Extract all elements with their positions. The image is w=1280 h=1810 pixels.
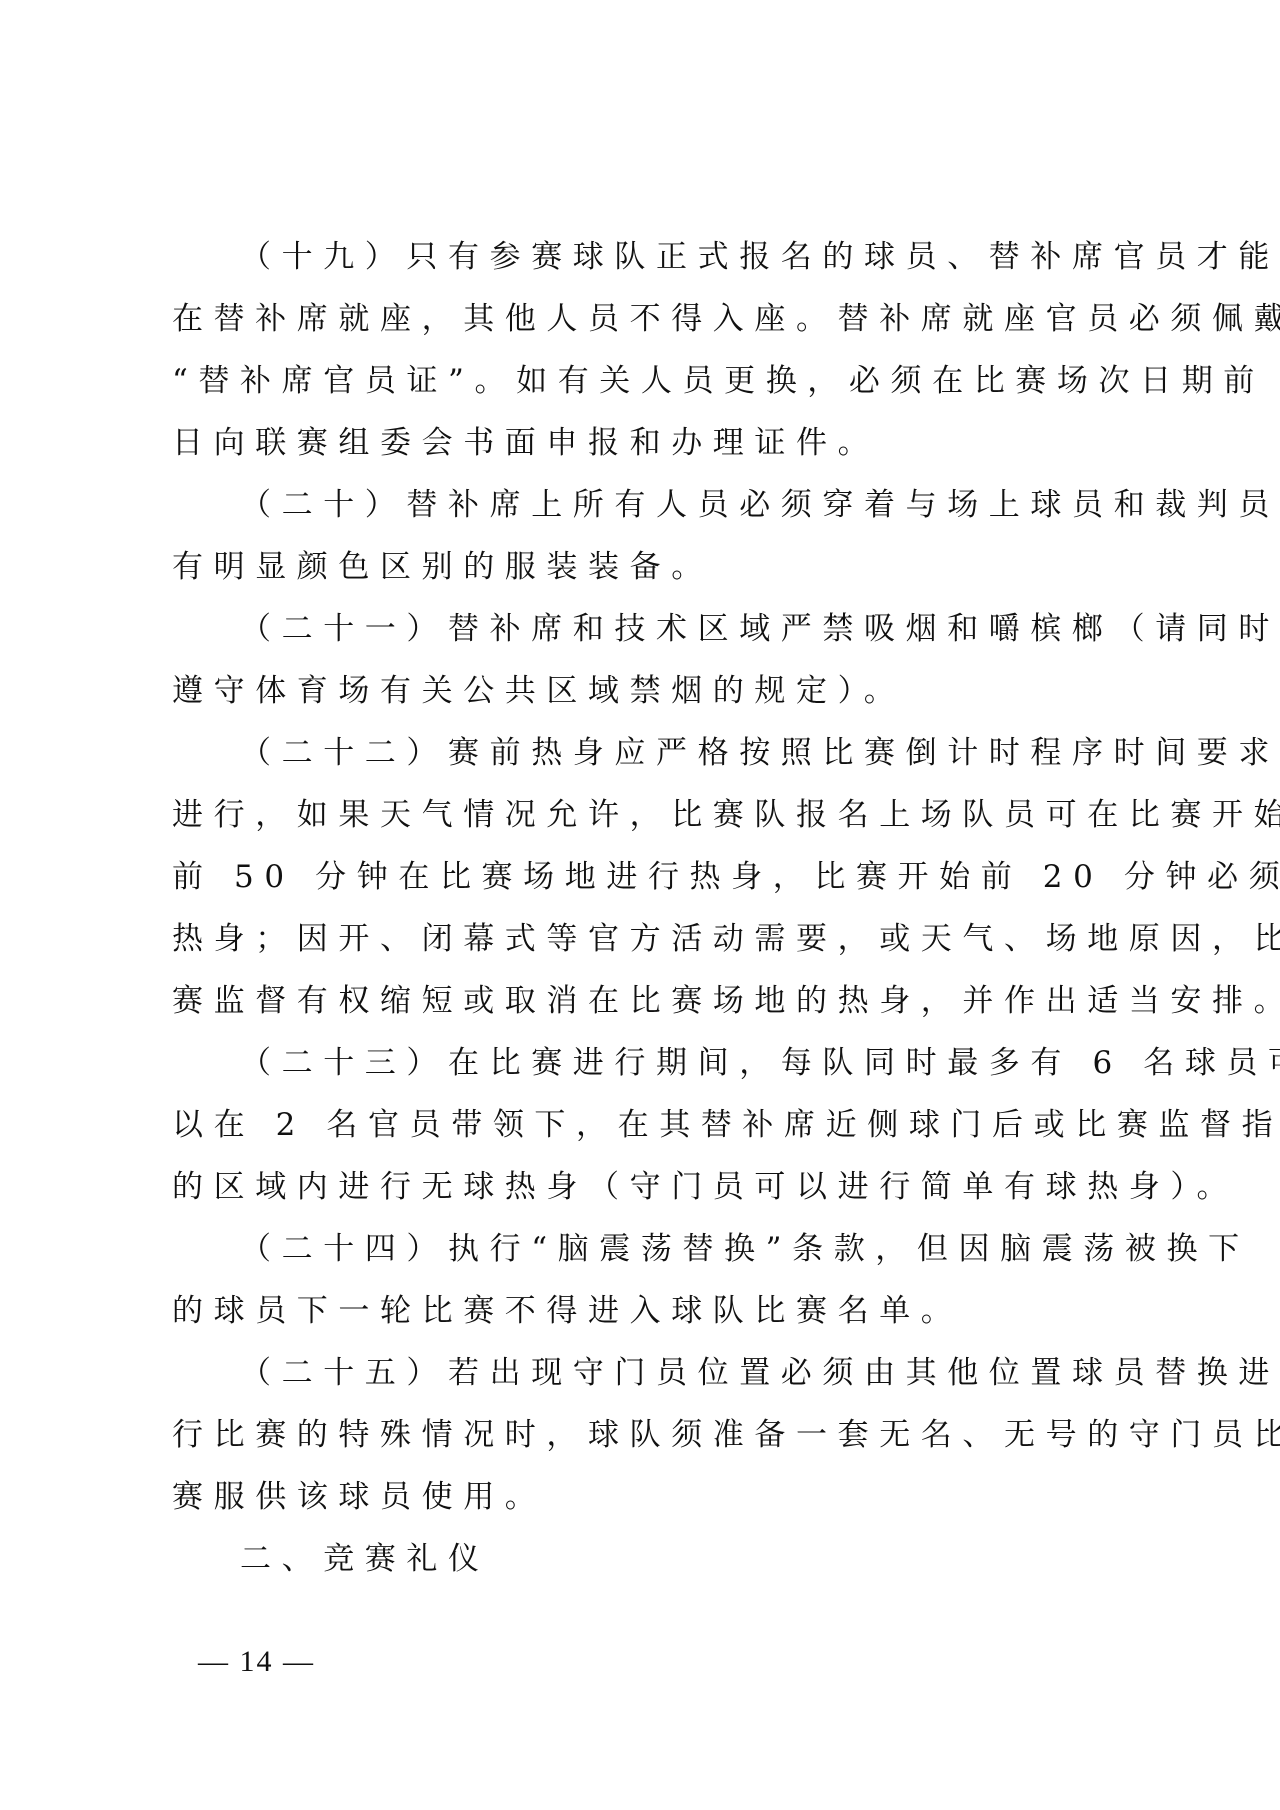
text-line: 日向联赛组委会书面申报和办理证件。 <box>172 412 1112 474</box>
text-line: 的球员下一轮比赛不得进入球队比赛名单。 <box>172 1280 1112 1342</box>
section-heading: 二、竞赛礼仪 <box>172 1528 1112 1590</box>
text-line: 热身；因开、闭幕式等官方活动需要，或天气、场地原因，比 <box>172 908 1112 970</box>
text-line: （二十五）若出现守门员位置必须由其他位置球员替换进 <box>172 1342 1112 1404</box>
text-line: （二十）替补席上所有人员必须穿着与场上球员和裁判员 <box>172 474 1112 536</box>
document-page: （十九）只有参赛球队正式报名的球员、替补席官员才能 在替补席就座，其他人员不得入… <box>172 226 1112 1590</box>
text-line: 在替补席就座，其他人员不得入座。替补席就座官员必须佩戴 <box>172 288 1112 350</box>
text-line: 赛监督有权缩短或取消在比赛场地的热身，并作出适当安排。 <box>172 970 1112 1032</box>
text-line: （二十三）在比赛进行期间，每队同时最多有 6 名球员可 <box>172 1032 1112 1094</box>
text-line: 进行，如果天气情况允许，比赛队报名上场队员可在比赛开始 <box>172 784 1112 846</box>
paragraph-item-20: （二十）替补席上所有人员必须穿着与场上球员和裁判员 有明显颜色区别的服装装备。 <box>172 474 1112 598</box>
text-line: 遵守体育场有关公共区域禁烟的规定）。 <box>172 660 1112 722</box>
text-line: （十九）只有参赛球队正式报名的球员、替补席官员才能 <box>172 226 1112 288</box>
paragraph-item-23: （二十三）在比赛进行期间，每队同时最多有 6 名球员可 以在 2 名官员带领下，… <box>172 1032 1112 1218</box>
paragraph-item-19: （十九）只有参赛球队正式报名的球员、替补席官员才能 在替补席就座，其他人员不得入… <box>172 226 1112 474</box>
paragraph-item-22: （二十二）赛前热身应严格按照比赛倒计时程序时间要求 进行，如果天气情况允许，比赛… <box>172 722 1112 1032</box>
paragraph-item-25: （二十五）若出现守门员位置必须由其他位置球员替换进 行比赛的特殊情况时，球队须准… <box>172 1342 1112 1528</box>
text-line: 的区域内进行无球热身（守门员可以进行简单有球热身）。 <box>172 1156 1112 1218</box>
paragraph-item-21: （二十一）替补席和技术区域严禁吸烟和嚼槟榔（请同时 遵守体育场有关公共区域禁烟的… <box>172 598 1112 722</box>
text-line: 有明显颜色区别的服装装备。 <box>172 536 1112 598</box>
paragraph-item-24: （二十四）执行“脑震荡替换”条款，但因脑震荡被换下 的球员下一轮比赛不得进入球队… <box>172 1218 1112 1342</box>
text-line: （二十二）赛前热身应严格按照比赛倒计时程序时间要求 <box>172 722 1112 784</box>
text-line: 以在 2 名官员带领下，在其替补席近侧球门后或比赛监督指定 <box>172 1094 1112 1156</box>
page-number: — 14 — <box>198 1640 315 1684</box>
text-line: （二十一）替补席和技术区域严禁吸烟和嚼槟榔（请同时 <box>172 598 1112 660</box>
text-line: 赛服供该球员使用。 <box>172 1466 1112 1528</box>
text-line: 行比赛的特殊情况时，球队须准备一套无名、无号的守门员比 <box>172 1404 1112 1466</box>
text-line: （二十四）执行“脑震荡替换”条款，但因脑震荡被换下 <box>172 1218 1112 1280</box>
text-line: 前 50 分钟在比赛场地进行热身，比赛开始前 20 分钟必须结束 <box>172 846 1112 908</box>
section-heading-block: 二、竞赛礼仪 <box>172 1528 1112 1590</box>
text-line: “替补席官员证”。如有关人员更换，必须在比赛场次日期前 3 <box>172 350 1112 412</box>
